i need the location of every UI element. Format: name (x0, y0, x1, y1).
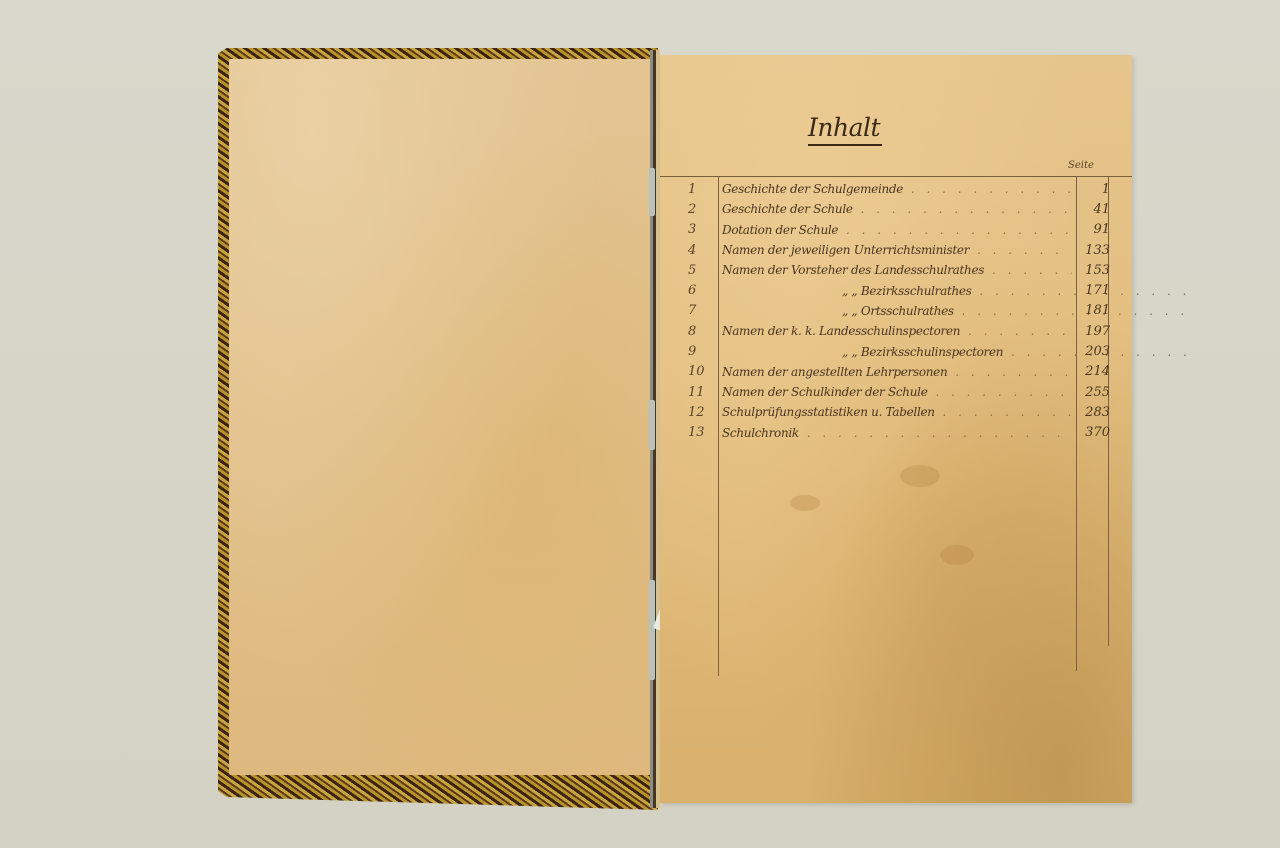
entry-title: Namen der angestellten Lehrpersonen (722, 365, 1072, 379)
entry-page: 133 (1080, 243, 1110, 258)
entry-page: 370 (1080, 425, 1110, 440)
paper-stain (790, 495, 820, 511)
toc-entry: 11 Namen der Schulkinder der Schule 255 (660, 382, 1132, 402)
entry-number: 11 (688, 385, 718, 400)
entry-title: Namen der jeweiligen Unterrichtsminister (722, 243, 1072, 257)
entry-page: 214 (1080, 364, 1110, 379)
toc-entry: 6 „ „ Bezirksschulrathes 171 (660, 280, 1132, 300)
toc-entry: 4 Namen der jeweiligen Unterrichtsminist… (660, 240, 1132, 260)
entry-title: Namen der Vorsteher des Landesschulrathe… (722, 263, 1072, 277)
page-column-label: Seite (1068, 160, 1094, 171)
toc-entry: 9 „ „ Bezirksschulinspectoren 203 (660, 341, 1132, 361)
entry-number: 1 (688, 182, 718, 197)
entry-title: „ „ Bezirksschulinspectoren (722, 345, 1192, 359)
entry-title: Dotation der Schule (722, 223, 1072, 237)
entry-number: 2 (688, 202, 718, 217)
entry-number: 4 (688, 243, 718, 258)
entry-title: Geschichte der Schulgemeinde (722, 182, 1072, 196)
toc-entry: 1 Geschichte der Schulgemeinde 1 (660, 179, 1132, 199)
entry-number: 3 (688, 222, 718, 237)
toc-entry: 8 Namen der k. k. Landesschulinspectoren… (660, 321, 1132, 341)
binding-thread (649, 400, 655, 450)
entry-page: 1 (1080, 182, 1110, 197)
left-page-blank (229, 59, 651, 775)
entry-page: 91 (1080, 222, 1110, 237)
entry-title: Schulprüfungsstatistiken u. Tabellen (722, 405, 1072, 419)
header-rule (660, 176, 1132, 177)
entry-number: 10 (688, 364, 718, 379)
entry-number: 8 (688, 324, 718, 339)
entry-number: 13 (688, 425, 718, 440)
entry-title: Geschichte der Schule (722, 202, 1072, 216)
entry-title: „ „ Ortsschulrathes (722, 304, 1192, 318)
table-of-contents: 1 Geschichte der Schulgemeinde 1 2 Gesch… (660, 179, 1132, 443)
entry-page: 283 (1080, 405, 1110, 420)
entry-page: 153 (1080, 263, 1110, 278)
toc-entry: 10 Namen der angestellten Lehrpersonen 2… (660, 362, 1132, 382)
toc-entry: 3 Dotation der Schule 91 (660, 220, 1132, 240)
entry-page: 255 (1080, 385, 1110, 400)
page-title: Inhalt (808, 113, 882, 146)
entry-page: 41 (1080, 202, 1110, 217)
entry-title: „ „ Bezirksschulrathes (722, 284, 1192, 298)
toc-entry: 5 Namen der Vorsteher des Landesschulrat… (660, 260, 1132, 280)
binding-thread (649, 580, 655, 680)
right-page-contents: Inhalt Seite 1 Geschichte der Schulgemei… (660, 55, 1132, 803)
entry-number: 7 (688, 303, 718, 318)
entry-number: 5 (688, 263, 718, 278)
toc-entry: 13 Schulchronik 370 (660, 423, 1132, 443)
entry-title: Namen der Schulkinder der Schule (722, 385, 1072, 399)
toc-entry: 2 Geschichte der Schule 41 (660, 199, 1132, 219)
entry-page: 197 (1080, 324, 1110, 339)
entry-title: Schulchronik (722, 426, 1072, 440)
entry-title: Namen der k. k. Landesschulinspectoren (722, 324, 1072, 338)
entry-number: 6 (688, 283, 718, 298)
binding-thread (649, 168, 655, 216)
toc-entry: 7 „ „ Ortsschulrathes 181 (660, 301, 1132, 321)
entry-page: 181 (1080, 303, 1110, 318)
entry-number: 9 (688, 344, 718, 359)
toc-entry: 12 Schulprüfungsstatistiken u. Tabellen … (660, 402, 1132, 422)
entry-number: 12 (688, 405, 718, 420)
paper-stain (940, 545, 974, 565)
entry-page: 203 (1080, 344, 1110, 359)
paper-stain (900, 465, 940, 487)
entry-page: 171 (1080, 283, 1110, 298)
